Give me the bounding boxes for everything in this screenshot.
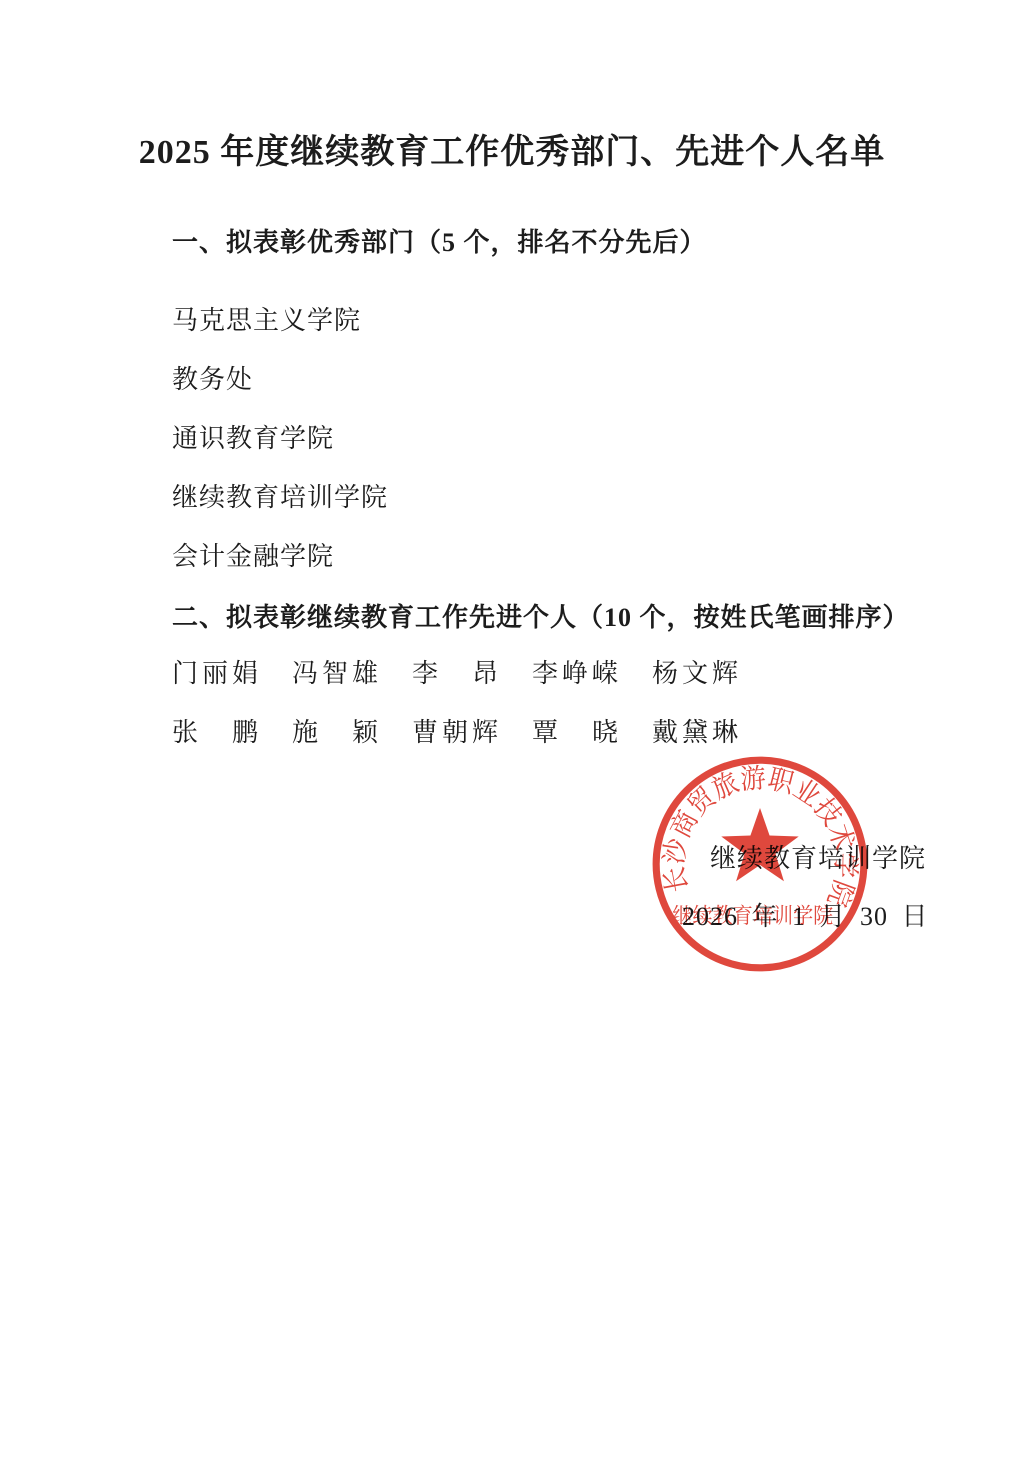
department-item: 会计金融学院	[172, 536, 334, 573]
section2-heading: 二、拟表彰继续教育工作先进个人（10 个，按姓氏笔画排序）	[172, 597, 910, 634]
official-seal: 长沙商贸旅游职业技术学院 继续教育培训学院	[648, 752, 872, 976]
section1-heading: 一、拟表彰优秀部门（5 个，排名不分先后）	[172, 222, 707, 259]
names-row: 张 鹏 施 颖 曹朝辉 覃 晓 戴黛琳	[172, 712, 742, 749]
star-icon	[721, 808, 798, 881]
names-row: 门丽娟 冯智雄 李 昂 李峥嵘 杨文辉	[172, 653, 742, 690]
department-item: 马克思主义学院	[172, 300, 361, 337]
seal-bottom-text: 继续教育培训学院	[672, 904, 833, 928]
department-item: 继续教育培训学院	[172, 477, 388, 514]
document-title: 2025 年度继续教育工作优秀部门、先进个人名单	[0, 124, 1024, 173]
document-page: 2025 年度继续教育工作优秀部门、先进个人名单 一、拟表彰优秀部门（5 个，排…	[0, 0, 1024, 1482]
department-item: 教务处	[172, 359, 253, 396]
department-item: 通识教育学院	[172, 418, 334, 455]
